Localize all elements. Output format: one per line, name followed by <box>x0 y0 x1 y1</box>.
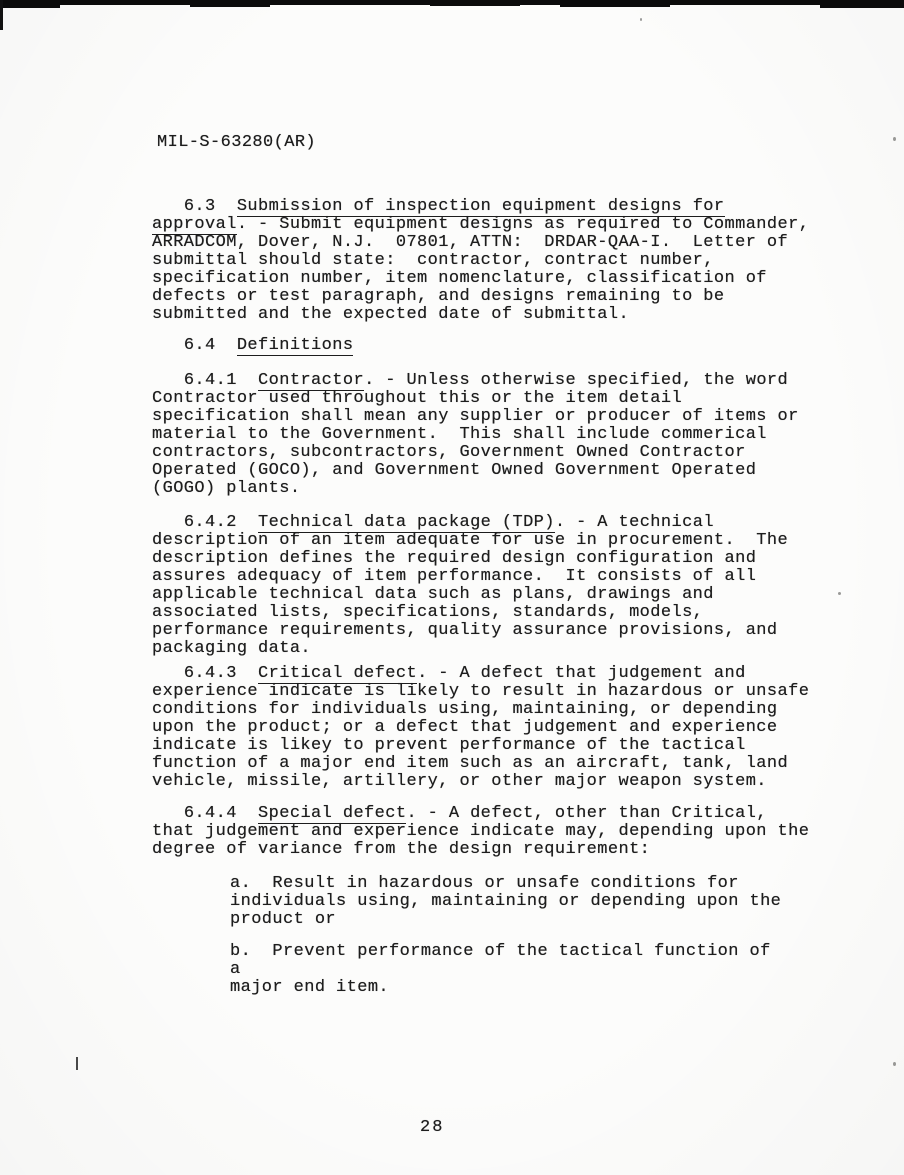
section-6-4-1: 6.4.1 Contractor. - Unless otherwise spe… <box>152 372 852 498</box>
section-6-4-1-body: . - Unless otherwise specified, the word… <box>152 371 799 498</box>
scan-artifact-speck <box>893 137 896 141</box>
scan-artifact-speck <box>838 592 841 595</box>
section-6-4-heading: 6.4 Definitions <box>152 337 852 355</box>
scan-artifact-speck <box>640 18 642 21</box>
section-6-4-number: 6.4 <box>152 336 237 355</box>
section-6-3-title-line1: Submission of inspection equipment desig… <box>237 197 725 217</box>
section-6-4-2: 6.4.2 Technical data package (TDP). - A … <box>152 514 852 658</box>
section-6-4-4: 6.4.4 Special defect. - A defect, other … <box>152 805 852 859</box>
document-page: MIL-S-63280(AR) 6.3 Submission of inspec… <box>0 0 904 1175</box>
section-6-4-3-title: Critical defect <box>258 664 417 684</box>
doc-number: MIL-S-63280(AR) <box>157 134 857 152</box>
scan-artifact-speck <box>893 1062 896 1066</box>
section-6-3-body: . - Submit equipment designs as required… <box>152 215 809 324</box>
section-6-4-3-number: 6.4.3 <box>152 664 258 683</box>
list-item-b: b. Prevent performance of the tactical f… <box>230 943 790 997</box>
page-number: 28 <box>420 1119 480 1137</box>
section-6-4-1-number: 6.4.1 <box>152 371 258 390</box>
list-item-a: a. Result in hazardous or unsafe conditi… <box>230 875 790 929</box>
section-6-4-4-title: Special defect <box>258 804 406 824</box>
scan-smudge <box>0 0 60 8</box>
section-6-4-4-number: 6.4.4 <box>152 804 258 823</box>
section-6-3-title-line2: approval <box>152 215 237 235</box>
section-6-4-2-number: 6.4.2 <box>152 513 258 532</box>
scan-smudge <box>190 0 270 7</box>
scan-edge-left <box>0 0 3 30</box>
section-6-4-2-title: Technical data package (TDP) <box>258 513 555 533</box>
scan-smudge <box>430 0 520 6</box>
section-6-3: 6.3 Submission of inspection equipment d… <box>152 198 852 324</box>
section-6-3-number: 6.3 <box>152 197 237 216</box>
scan-smudge <box>560 0 670 7</box>
section-6-4-3: 6.4.3 Critical defect. - A defect that j… <box>152 665 852 791</box>
section-6-4-3-body: . - A defect that judgement and experien… <box>152 664 809 791</box>
section-6-4-1-title: Contractor <box>258 371 364 391</box>
scan-artifact-tick <box>76 1057 78 1070</box>
section-6-4-title: Definitions <box>237 336 354 356</box>
section-6-4-2-body: . - A technical description of an item a… <box>152 513 788 658</box>
scan-edge-top <box>0 0 904 5</box>
scan-smudge <box>820 0 904 8</box>
